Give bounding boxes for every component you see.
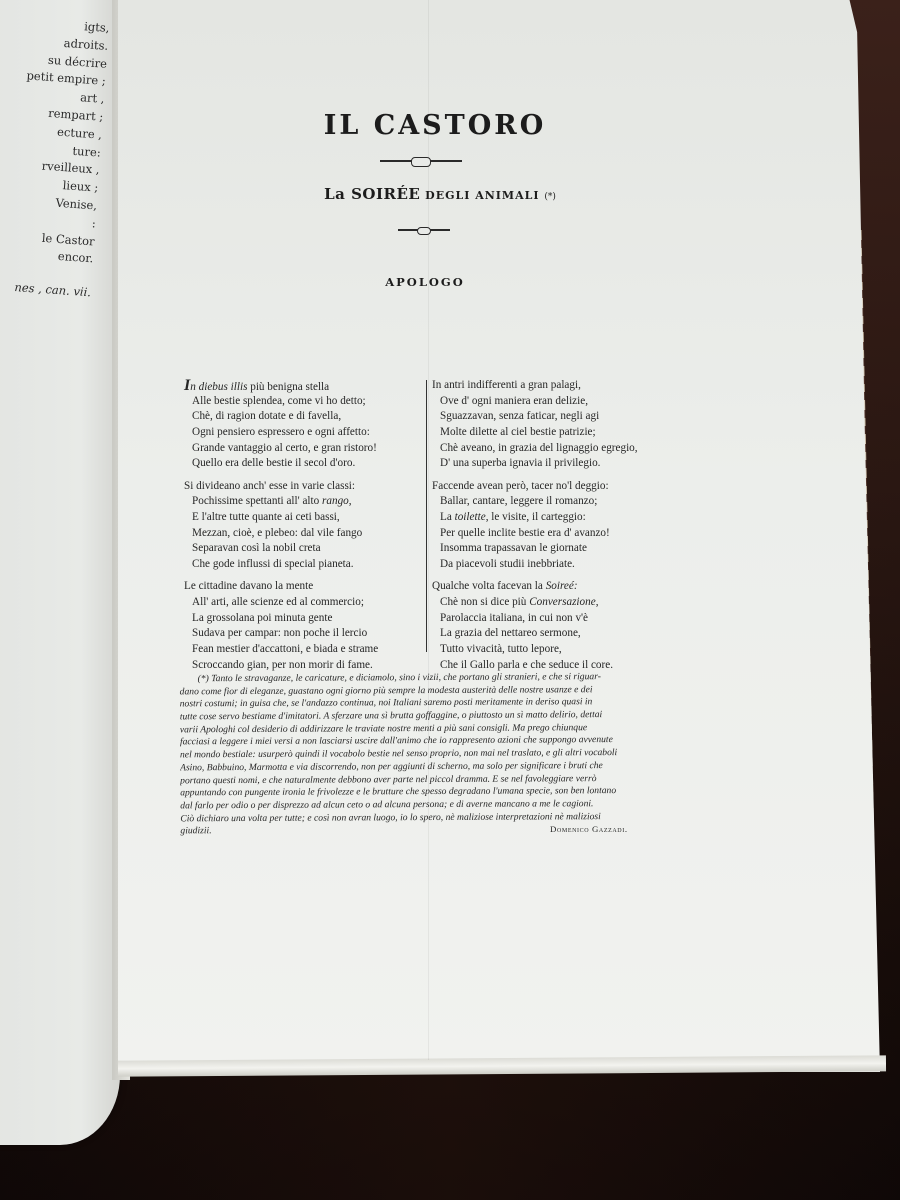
verse: Alle bestie splendea, come vi ho detto; (184, 394, 424, 410)
poem-left-column: In diebus illis più benigna stella Alle … (184, 378, 424, 680)
verse: La (440, 511, 455, 523)
verse: Parolaccia italiana, in cui non v'è (432, 611, 677, 627)
ornamental-rule (380, 160, 462, 162)
footnote: (*) Tanto le stravaganze, le caricature,… (180, 671, 693, 839)
subtitle-rest: degli animali (420, 189, 544, 202)
column-divider (426, 380, 427, 652)
verse: più benigna stella (247, 381, 329, 393)
verse: D' una superba ignavia il privilegio. (432, 456, 677, 472)
stanza: Le cittadine davano la mente All' arti, … (184, 579, 424, 673)
footnote-reference: (*) (544, 192, 556, 202)
verse: La grossolana poi minuta gente (184, 611, 424, 627)
poem-right-column: In antri indifferenti a gran palagi, Ove… (432, 378, 677, 680)
section-heading: APOLOGO (360, 275, 490, 289)
stanza: Si divideano anch' esse in varie classi:… (184, 479, 424, 573)
verse: Quello era delle bestie il secol d'oro. (184, 456, 424, 472)
footnote-line: nel mondo bestiale: usurperò quindi il v… (180, 747, 692, 762)
verse: Scroccando gian, per non morir di fame. (184, 658, 424, 674)
subtitle-soiree: SOIRÉE (351, 185, 420, 203)
verse: Insomma trapassavan le giornate (432, 541, 677, 557)
left-page-citation: nes , can. vii. (0, 277, 92, 302)
verse: Sudava per campar: non poche il lercio (184, 626, 424, 642)
verse: Da piacevoli studii inebbriate. (432, 557, 677, 573)
verse: , (349, 495, 352, 507)
stanza: In diebus illis più benigna stella Alle … (184, 378, 424, 472)
verse-italic: toilette (455, 511, 486, 523)
verse: In antri indifferenti a gran palagi, (432, 378, 677, 394)
verse: Mezzan, cioè, e plebeo: dal vile fango (184, 526, 424, 542)
left-page-text: igts, adroits. su décrire petit empire ;… (0, 12, 110, 302)
verse: Grande vantaggio al certo, e gran ristor… (184, 441, 424, 457)
verse: Molte dilette al ciel bestie patrizie; (432, 425, 677, 441)
verse-italic: n diebus illis (190, 381, 247, 393)
footnote-line: appuntando con pungente ironia le frivol… (180, 785, 692, 800)
verse: Per quelle inclite bestie era d' avanzo! (432, 526, 677, 542)
verse: Fean mestier d'accattoni, e biada e stra… (184, 642, 424, 658)
stanza: Qualche volta facevan la Soireé: Chè non… (432, 579, 677, 673)
page-subtitle: La SOIRÉE degli animali (*) (300, 184, 580, 203)
left-page: igts, adroits. su décrire petit empire ;… (0, 0, 120, 1145)
verse: , (596, 596, 599, 608)
verse: Chè aveano, in grazia del lignaggio egre… (432, 441, 677, 457)
verse: La grazia del nettareo sermone, (432, 626, 677, 642)
verse: Chè, di ragion dotate e di favella, (184, 409, 424, 425)
verse-italic: rango (322, 495, 349, 507)
verse: Pochissime spettanti all' alto (192, 495, 322, 507)
verse-italic: Soireé: (546, 580, 578, 592)
verse: Si divideano anch' esse in varie classi: (184, 479, 424, 495)
verse: Chè non si dice più (440, 596, 529, 608)
verse: Ogni pensiero espressero e ogni affetto: (184, 425, 424, 441)
verse: Le cittadine davano la mente (184, 579, 424, 595)
verse: Che gode influssi di special pianeta. (184, 557, 424, 573)
ornamental-rule (398, 229, 450, 231)
verse: Separavan così la nobil creta (184, 541, 424, 557)
author-signature: Domenico Gazzadi. (550, 824, 628, 834)
verse: Faccende avean però, tacer no'l deggio: (432, 479, 677, 495)
verse: , le visite, il carteggio: (486, 511, 586, 523)
verse: Ballar, cantare, leggere il romanzo; (432, 494, 677, 510)
rule-ornament-icon (411, 157, 431, 167)
stanza: Faccende avean però, tacer no'l deggio: … (432, 479, 677, 573)
page-title: IL CASTORO (290, 110, 580, 141)
stanza: In antri indifferenti a gran palagi, Ove… (432, 378, 677, 472)
rule-ornament-icon (417, 227, 431, 235)
verse: Sguazzavan, senza faticar, negli agi (432, 409, 677, 425)
verse: All' arti, alle scienze ed al commercio; (184, 595, 424, 611)
verse: Qualche volta facevan la (432, 580, 546, 592)
verse-italic: Conversazione (529, 596, 596, 608)
verse: Tutto vivacità, tutto lepore, (432, 642, 677, 658)
verse: Ove d' ogni maniera eran delizie, (432, 394, 677, 410)
verse: E l'altre tutte quante ai ceti bassi, (184, 510, 424, 526)
subtitle-la: La (324, 185, 351, 203)
